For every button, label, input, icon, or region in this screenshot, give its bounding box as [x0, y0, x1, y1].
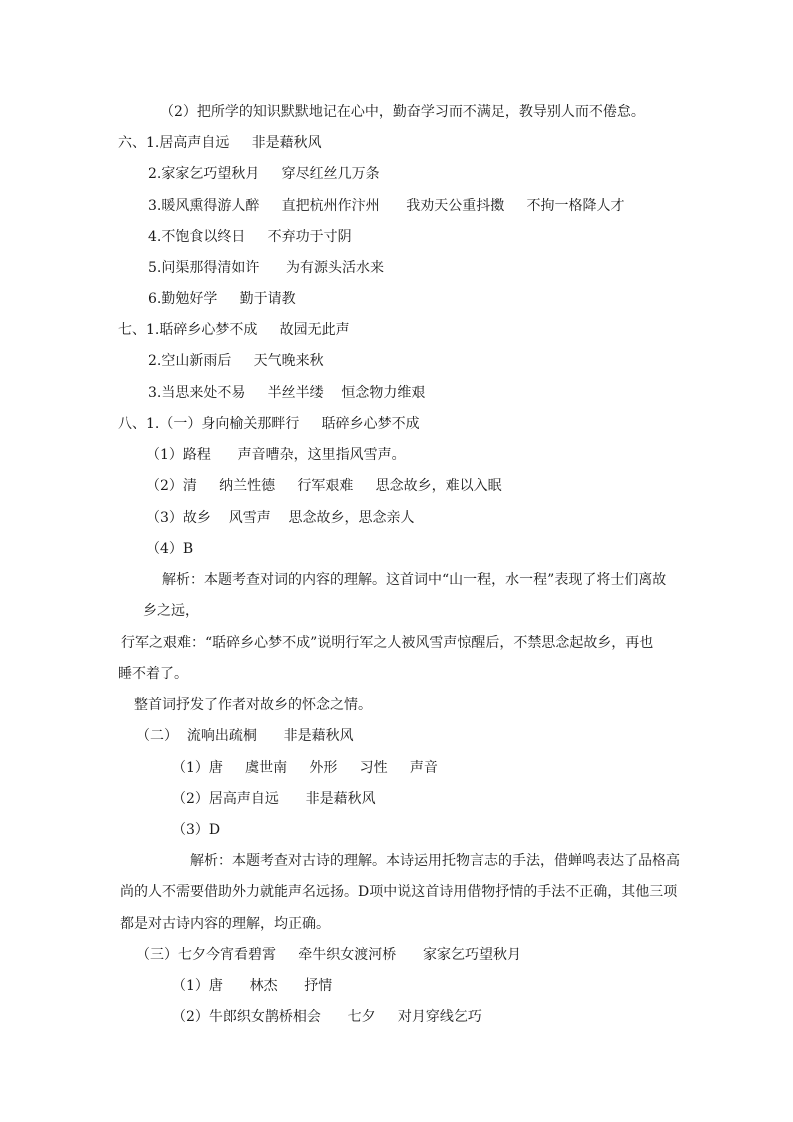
- text-line: 都是对古诗内容的理解，均正确。: [120, 915, 330, 933]
- text-line: 尚的人不需要借助外力就能声名远扬。D项中说这首诗用借物抒情的手法不正确，其他三项: [120, 883, 677, 901]
- text-line: 整首词抒发了作者对故乡的怀念之情。: [134, 696, 372, 714]
- text-line: （2）牛郎织女鹊桥相会 七夕 对月穿线乞巧: [172, 1008, 482, 1026]
- text-line: 七、1.聒碎乡心梦不成 故园无此声: [118, 321, 350, 339]
- text-line: 睡不着了。: [118, 665, 188, 683]
- text-line: （1）路程 声音嘈杂，这里指风雪声。: [146, 446, 406, 464]
- text-line: 2.家家乞巧望秋月 穿尽红丝几万条: [148, 165, 380, 183]
- text-line: （3）故乡 风雪声 思念故乡，思念亲人: [146, 509, 415, 527]
- text-line: 解析：本题考查对古诗的理解。本诗运用托物言志的手法，借蝉鸣表达了品格高: [190, 852, 680, 870]
- text-line: 乡之远，: [143, 602, 199, 620]
- text-line: 3.当思来处不易 半丝半缕 恒念物力维艰: [148, 384, 425, 402]
- text-line: （1）唐 林杰 抒情: [172, 977, 332, 995]
- text-line: （二） 流响出疏桐 非是藉秋风: [136, 727, 354, 745]
- text-line: （2）把所学的知识默默地记在心中，勤奋学习而不满足，教导别人而不倦怠。: [160, 103, 645, 121]
- text-line: 6.勤勉好学 勤于请教: [148, 290, 296, 308]
- text-line: 解析：本题考查对词的内容的理解。这首词中“山一程，水一程”表现了将士们离故: [162, 571, 666, 589]
- text-line: （3）D: [172, 821, 220, 839]
- text-line: （2）清 纳兰性德 行军艰难 思念故乡，难以入眠: [146, 477, 502, 495]
- text-line: （1）唐 虞世南 外形 习性 声音: [172, 759, 438, 777]
- text-line: 行军之艰难：“聒碎乡心梦不成”说明行军之人被风雪声惊醒后，不禁思念起故乡，再也: [121, 634, 653, 652]
- text-line: 5.问渠那得清如许 为有源头活水来: [148, 259, 384, 277]
- text-line: 3.暖风熏得游人醉 直把杭州作汴州 我劝天公重抖擞 不拘一格降人才: [148, 197, 625, 215]
- text-line: （三）七夕今宵看碧霄 牵牛织女渡河桥 家家乞巧望秋月: [136, 946, 521, 964]
- text-line: 八、1.（一）身向榆关那畔行 聒碎乡心梦不成: [118, 415, 420, 433]
- text-line: 六、1.居高声自远 非是藉秋风: [118, 134, 322, 152]
- text-line: （2）居高声自远 非是藉秋风: [172, 790, 376, 808]
- text-line: （4）B: [146, 540, 193, 558]
- text-line: 4.不饱食以终日 不弃功于寸阴: [148, 228, 352, 246]
- text-line: 2.空山新雨后 天气晚来秋: [148, 352, 324, 370]
